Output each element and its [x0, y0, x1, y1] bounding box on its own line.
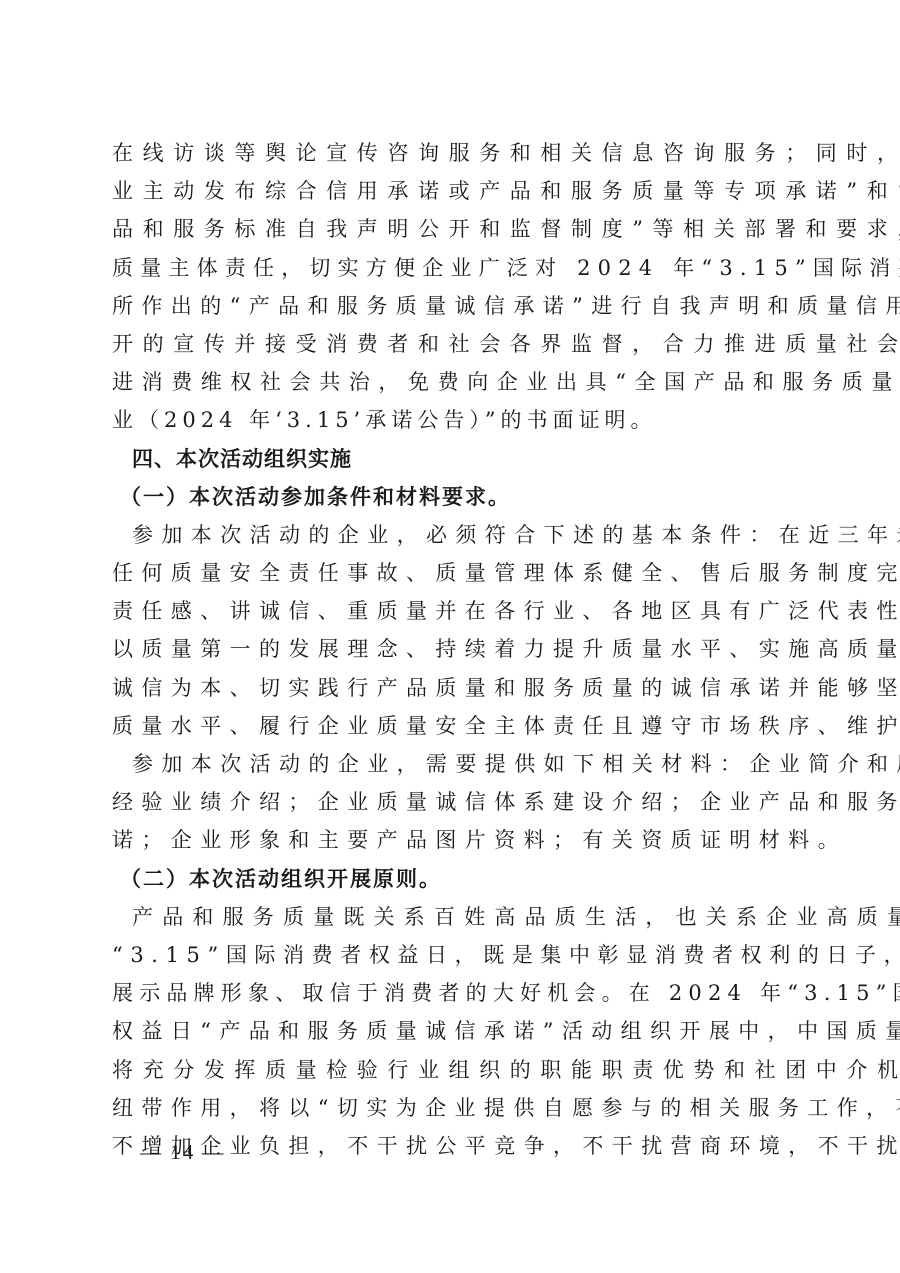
text-line: 业（2024 年‘3.15’承诺公告）”的书面证明。	[112, 401, 788, 439]
text-line: 权益日“产品和服务质量诚信承诺”活动组织开展中，中国质量检验协会	[112, 1012, 788, 1050]
section-heading: 四、本次活动组织实施	[112, 440, 788, 478]
text-line: 参加本次活动的企业，需要提供如下相关材料：企业简介和质量提升	[112, 745, 788, 783]
text-line: 业主动发布综合信用承诺或产品和服务质量等专项承诺”和“建立企业产	[112, 172, 788, 210]
subsection-heading-2: （二）本次活动组织开展原则。	[112, 860, 788, 898]
text-line: 将充分发挥质量检验行业组织的职能职责优势和社团中介机构的桥梁和	[112, 1051, 788, 1089]
text-line: 品和服务标准自我声明公开和监督制度”等相关部署和要求，强化企业的	[112, 210, 788, 248]
page-number: — 14 —	[140, 1140, 226, 1165]
text-line: 任何质量安全责任事故、质量管理体系健全、售后服务制度完善、有社会	[112, 554, 788, 592]
subsection-heading-1: （一）本次活动参加条件和材料要求。	[112, 478, 788, 516]
text-line: 所作出的“产品和服务质量诚信承诺”进行自我声明和质量信用承诺公	[112, 287, 788, 325]
text-line: 开的宣传并接受消费者和社会各界监督，合力推进质量社会共治，着力推	[112, 325, 788, 363]
text-line: 质量水平、履行企业质量安全主体责任且遵守市场秩序、维护公平竞争。	[112, 707, 788, 745]
text-line: 责任感、讲诚信、重质量并在各行业、各地区具有广泛代表性且能够坚持	[112, 592, 788, 630]
text-line: 参加本次活动的企业，必须符合下述的基本条件：在近三年未发生过	[112, 516, 788, 554]
text-line: 以质量第一的发展理念、持续着力提升质量水平、实施高质量发展战略、	[112, 630, 788, 668]
text-line: 诺；企业形象和主要产品图片资料；有关资质证明材料。	[112, 821, 788, 859]
text-line: 纽带作用，将以“切实为企业提供自愿参与的相关服务工作，不乱收费、	[112, 1089, 788, 1127]
document-page: 在线访谈等舆论宣传咨询服务和相关信息咨询服务；同时，按照“引导企 业主动发布综合…	[112, 134, 788, 1165]
text-line: 进消费维权社会共治，免费向企业出具“全国产品和服务质量诚信示范企	[112, 363, 788, 401]
text-line: 诚信为本、切实践行产品质量和服务质量的诚信承诺并能够坚持着力提升	[112, 669, 788, 707]
text-line: 展示品牌形象、取信于消费者的大好机会。在 2024 年“3.15”国际消费者	[112, 974, 788, 1012]
text-line: 在线访谈等舆论宣传咨询服务和相关信息咨询服务；同时，按照“引导企	[112, 134, 788, 172]
text-line: “3.15”国际消费者权益日，既是集中彰显消费者权利的日子，也是企业	[112, 936, 788, 974]
text-line: 产品和服务质量既关系百姓高品质生活，也关系企业高质量发展。	[112, 898, 788, 936]
text-line: 经验业绩介绍；企业质量诚信体系建设介绍；企业产品和服务质量诚信承	[112, 783, 788, 821]
text-line: 质量主体责任，切实方便企业广泛对 2024 年“3.15”国际消费者权益日	[112, 249, 788, 287]
